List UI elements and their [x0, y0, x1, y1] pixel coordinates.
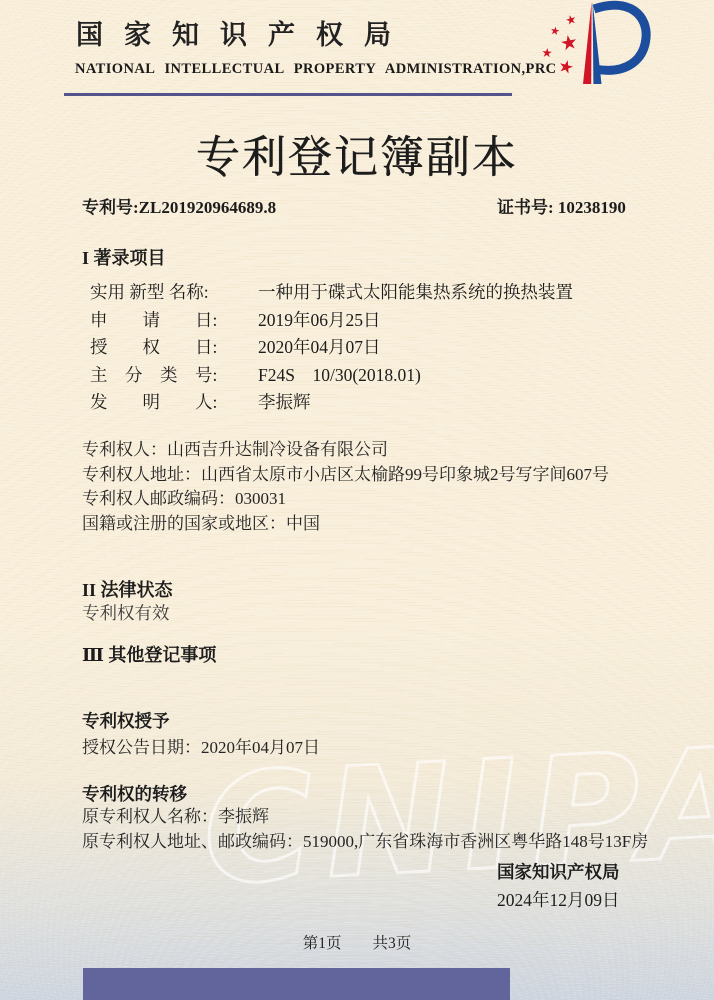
table-row: 授 权 日: 2020年04月07日	[90, 334, 573, 362]
logo-p-curve	[594, 5, 646, 70]
document-title: 专利登记簿副本	[0, 121, 714, 185]
logo-spike-red	[583, 2, 592, 84]
page-indicator: 第1页 共3页	[0, 931, 714, 953]
row-value: F24S 10/30(2018.01)	[258, 362, 421, 390]
certificate-number: 证书号: 10238190	[497, 193, 626, 218]
header-divider	[64, 93, 512, 96]
table-row: 主 分 类 号: F24S 10/30(2018.01)	[90, 362, 573, 390]
section-other-heading: Ⅲ 其他登记事项	[82, 641, 216, 667]
holder-address-line: 专利权人地址：山西省太原市小店区太榆路99号印象城2号写字间607号	[82, 463, 609, 488]
row-label: 主 分 类 号:	[90, 362, 258, 390]
signature-block: 国家知识产权局 2024年12月09日	[497, 859, 620, 914]
holder-name-line: 专利权人：山西吉升达制冷设备有限公司	[82, 438, 609, 463]
row-value: 2020年04月07日	[258, 334, 381, 362]
patent-holder-block: 专利权人：山西吉升达制冷设备有限公司 专利权人地址：山西省太原市小店区太榆路99…	[82, 438, 609, 537]
holder-postcode-line: 专利权人邮政编码：030031	[82, 487, 609, 512]
grant-subheading: 专利权授予	[82, 708, 170, 733]
transfer-subheading: 专利权的转移	[82, 781, 187, 806]
bibliographic-table: 实用 新型 名称: 一种用于碟式太阳能集热系统的换热装置 申 请 日: 2019…	[90, 279, 573, 417]
footer-bar	[83, 968, 510, 1000]
patent-number: 专利号:ZL201920964689.8	[82, 193, 276, 218]
row-label: 发 明 人:	[90, 389, 258, 417]
row-value: 一种用于碟式太阳能集热系统的换热装置	[258, 279, 573, 307]
row-value: 李振辉	[258, 389, 311, 417]
section-legal-heading: II 法律状态	[82, 576, 173, 602]
table-row: 申 请 日: 2019年06月25日	[90, 307, 573, 335]
patent-register-document: CNIPA 国家知识产权局 NATIONAL INTELLECTUAL PROP…	[0, 0, 714, 1000]
signature-agency: 国家知识产权局	[497, 859, 620, 887]
previous-holder-name: 原专利权人名称：李振辉	[82, 805, 648, 830]
logo-stars	[542, 14, 578, 74]
row-label: 申 请 日:	[90, 307, 258, 335]
document-content: 国家知识产权局 NATIONAL INTELLECTUAL PROPERTY A…	[0, 0, 714, 1000]
cnipa-logo-icon	[538, 0, 714, 92]
table-row: 实用 新型 名称: 一种用于碟式太阳能集热系统的换热装置	[90, 279, 573, 307]
grant-publication-date: 授权公告日期：2020年04月07日	[82, 733, 320, 758]
previous-holder-address: 原专利权人地址、邮政编码：519000,广东省珠海市香洲区粤华路148号13F房	[82, 830, 648, 855]
agency-name-cn: 国家知识产权局	[76, 13, 412, 52]
row-label: 实用 新型 名称:	[90, 279, 258, 307]
agency-name-en: NATIONAL INTELLECTUAL PROPERTY ADMINISTR…	[75, 61, 557, 78]
row-label: 授 权 日:	[90, 334, 258, 362]
signature-date: 2024年12月09日	[497, 887, 620, 915]
row-value: 2019年06月25日	[258, 307, 381, 335]
transfer-block: 原专利权人名称：李振辉 原专利权人地址、邮政编码：519000,广东省珠海市香洲…	[82, 805, 648, 854]
legal-status: 专利权有效	[82, 600, 170, 625]
holder-country-line: 国籍或注册的国家或地区：中国	[82, 512, 609, 537]
section-bibliographic-heading: I 著录项目	[82, 244, 166, 270]
table-row: 发 明 人: 李振辉	[90, 389, 573, 417]
